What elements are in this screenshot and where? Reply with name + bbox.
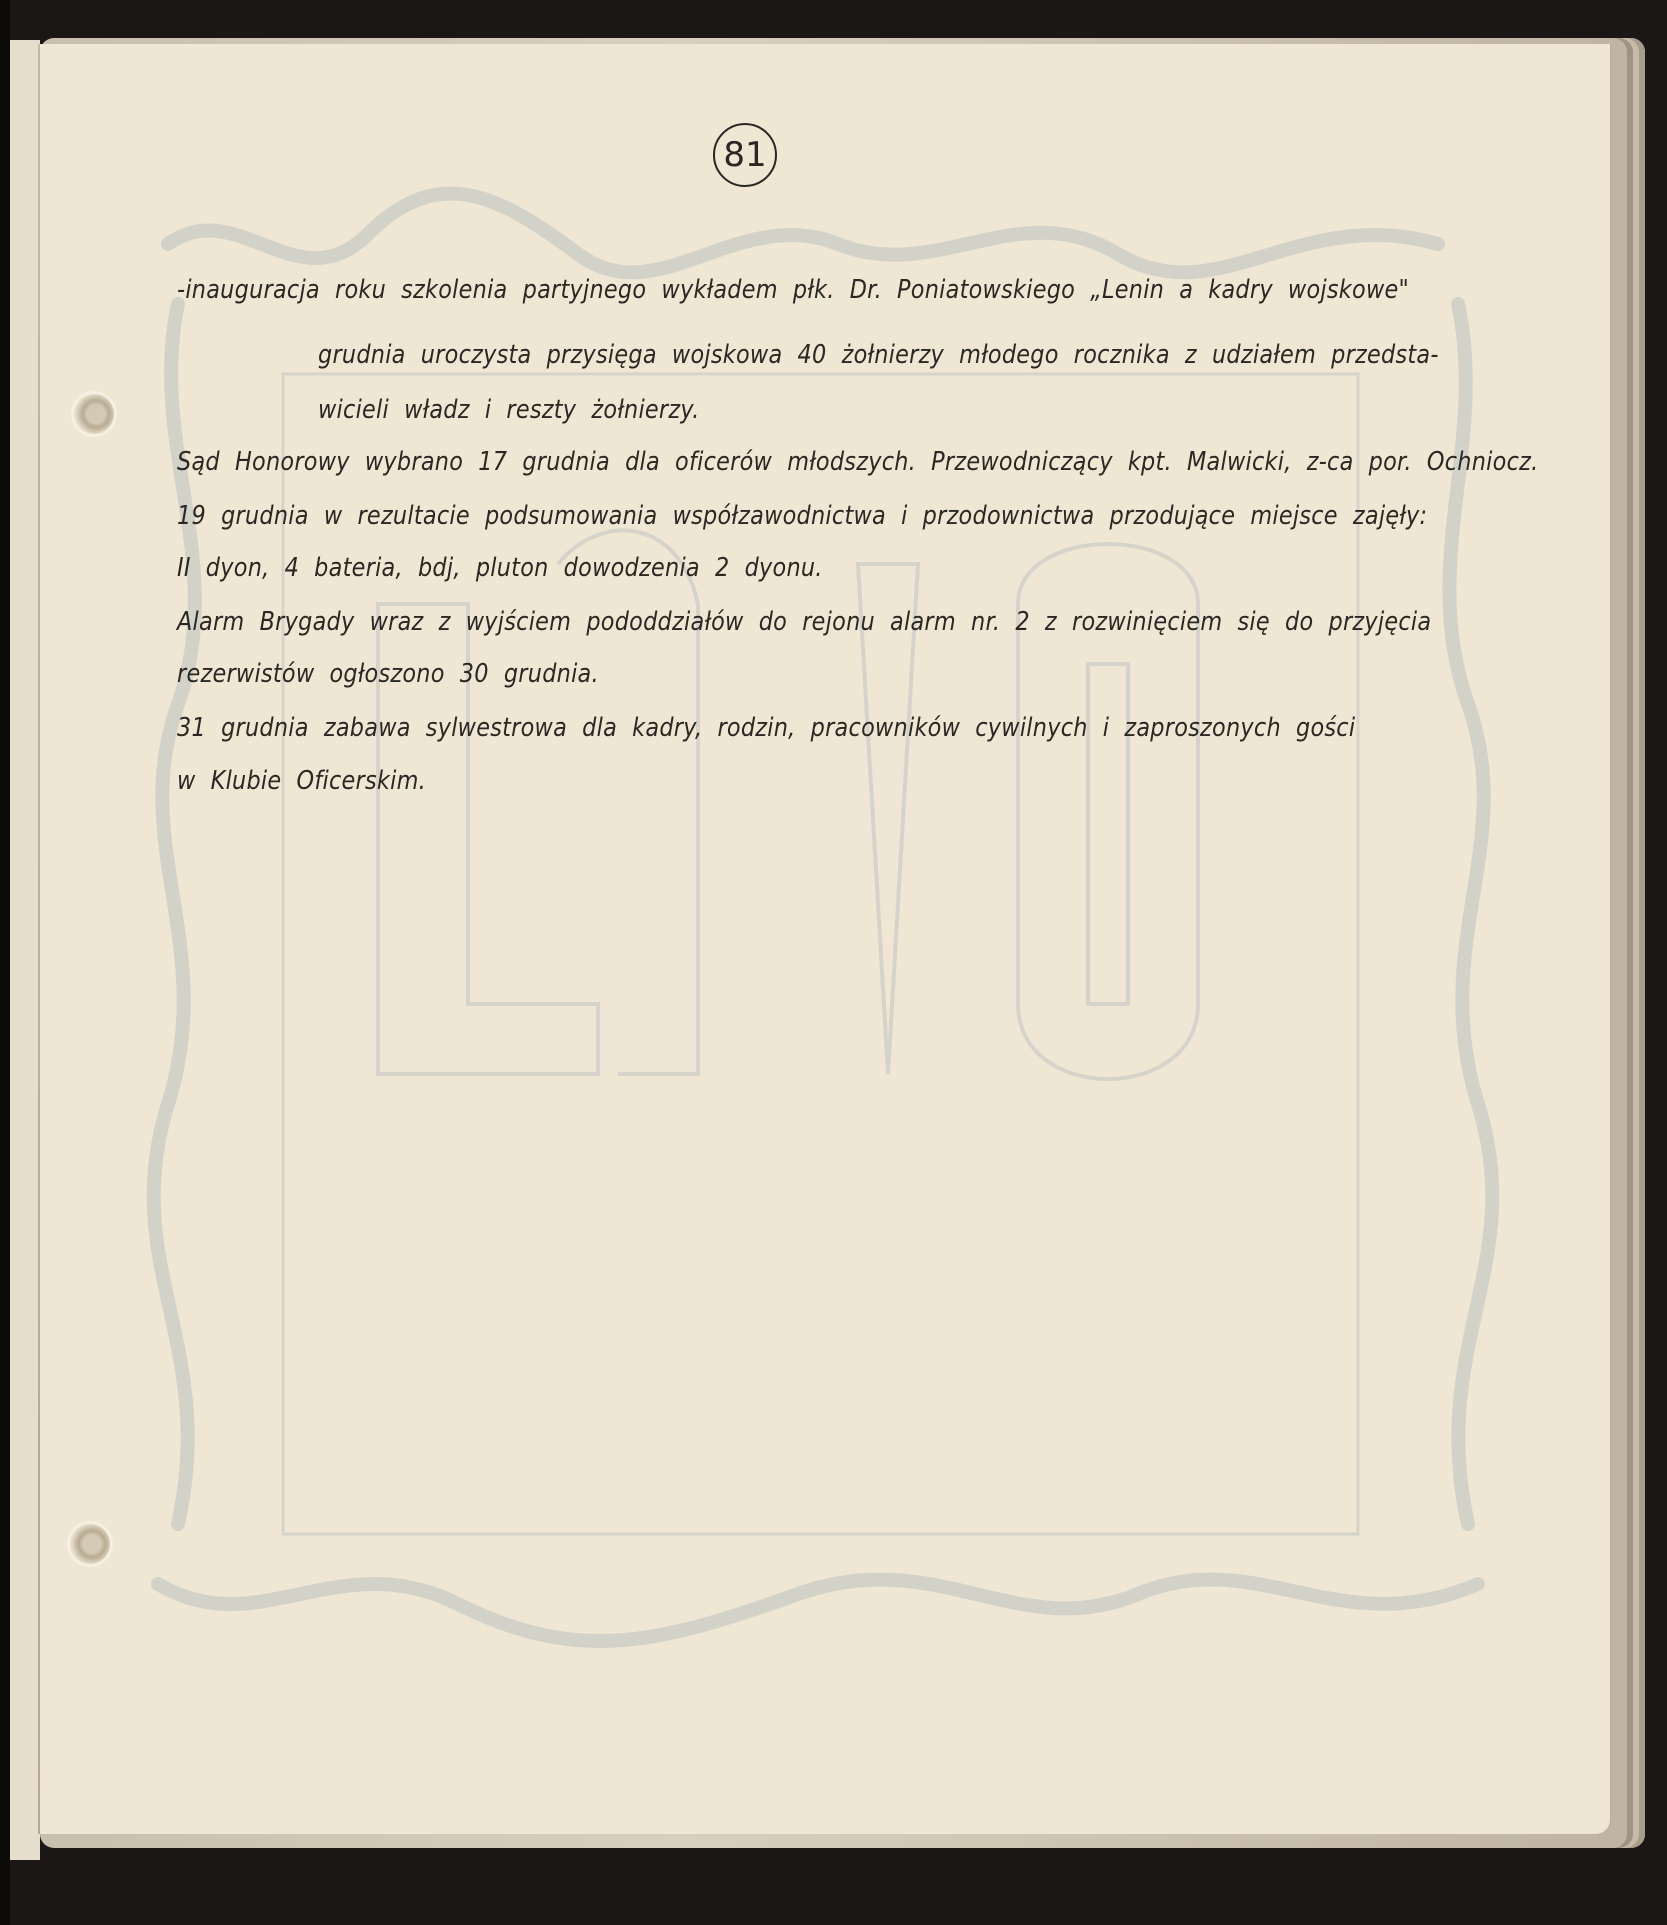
- punch-hole-top: [74, 394, 114, 434]
- text-line: 31 grudnia zabawa sylwestrowa dla kadry,…: [177, 713, 1355, 743]
- text-line: -inauguracja roku szkolenia partyjnego w…: [177, 275, 1409, 305]
- text-line: w Klubie Oficerskim.: [177, 766, 426, 796]
- text-line: Alarm Brygady wraz z wyjściem pododdział…: [177, 607, 1431, 637]
- page-number: 81: [713, 123, 777, 187]
- reverse-side-ornament: [38, 44, 1610, 1834]
- scanned-notebook-page: 81 -inauguracja roku szkolenia partyjneg…: [0, 0, 1667, 1925]
- text-line: rezerwistów ogłoszono 30 grudnia.: [177, 659, 599, 689]
- text-line: grudnia uroczysta przysięga wojskowa 40 …: [318, 340, 1439, 370]
- text-line: wicieli władz i reszty żołnierzy.: [318, 395, 699, 425]
- binding-margin: [10, 40, 40, 1860]
- notebook-page: [38, 44, 1610, 1834]
- text-line: II dyon, 4 bateria, bdj, pluton dowodzen…: [177, 553, 823, 583]
- text-line: 19 grudnia w rezultacie podsumowania wsp…: [177, 501, 1427, 531]
- punch-hole-bottom: [70, 1524, 110, 1564]
- text-line: Sąd Honorowy wybrano 17 grudnia dla ofic…: [177, 447, 1538, 477]
- binding-spine: [0, 0, 10, 1925]
